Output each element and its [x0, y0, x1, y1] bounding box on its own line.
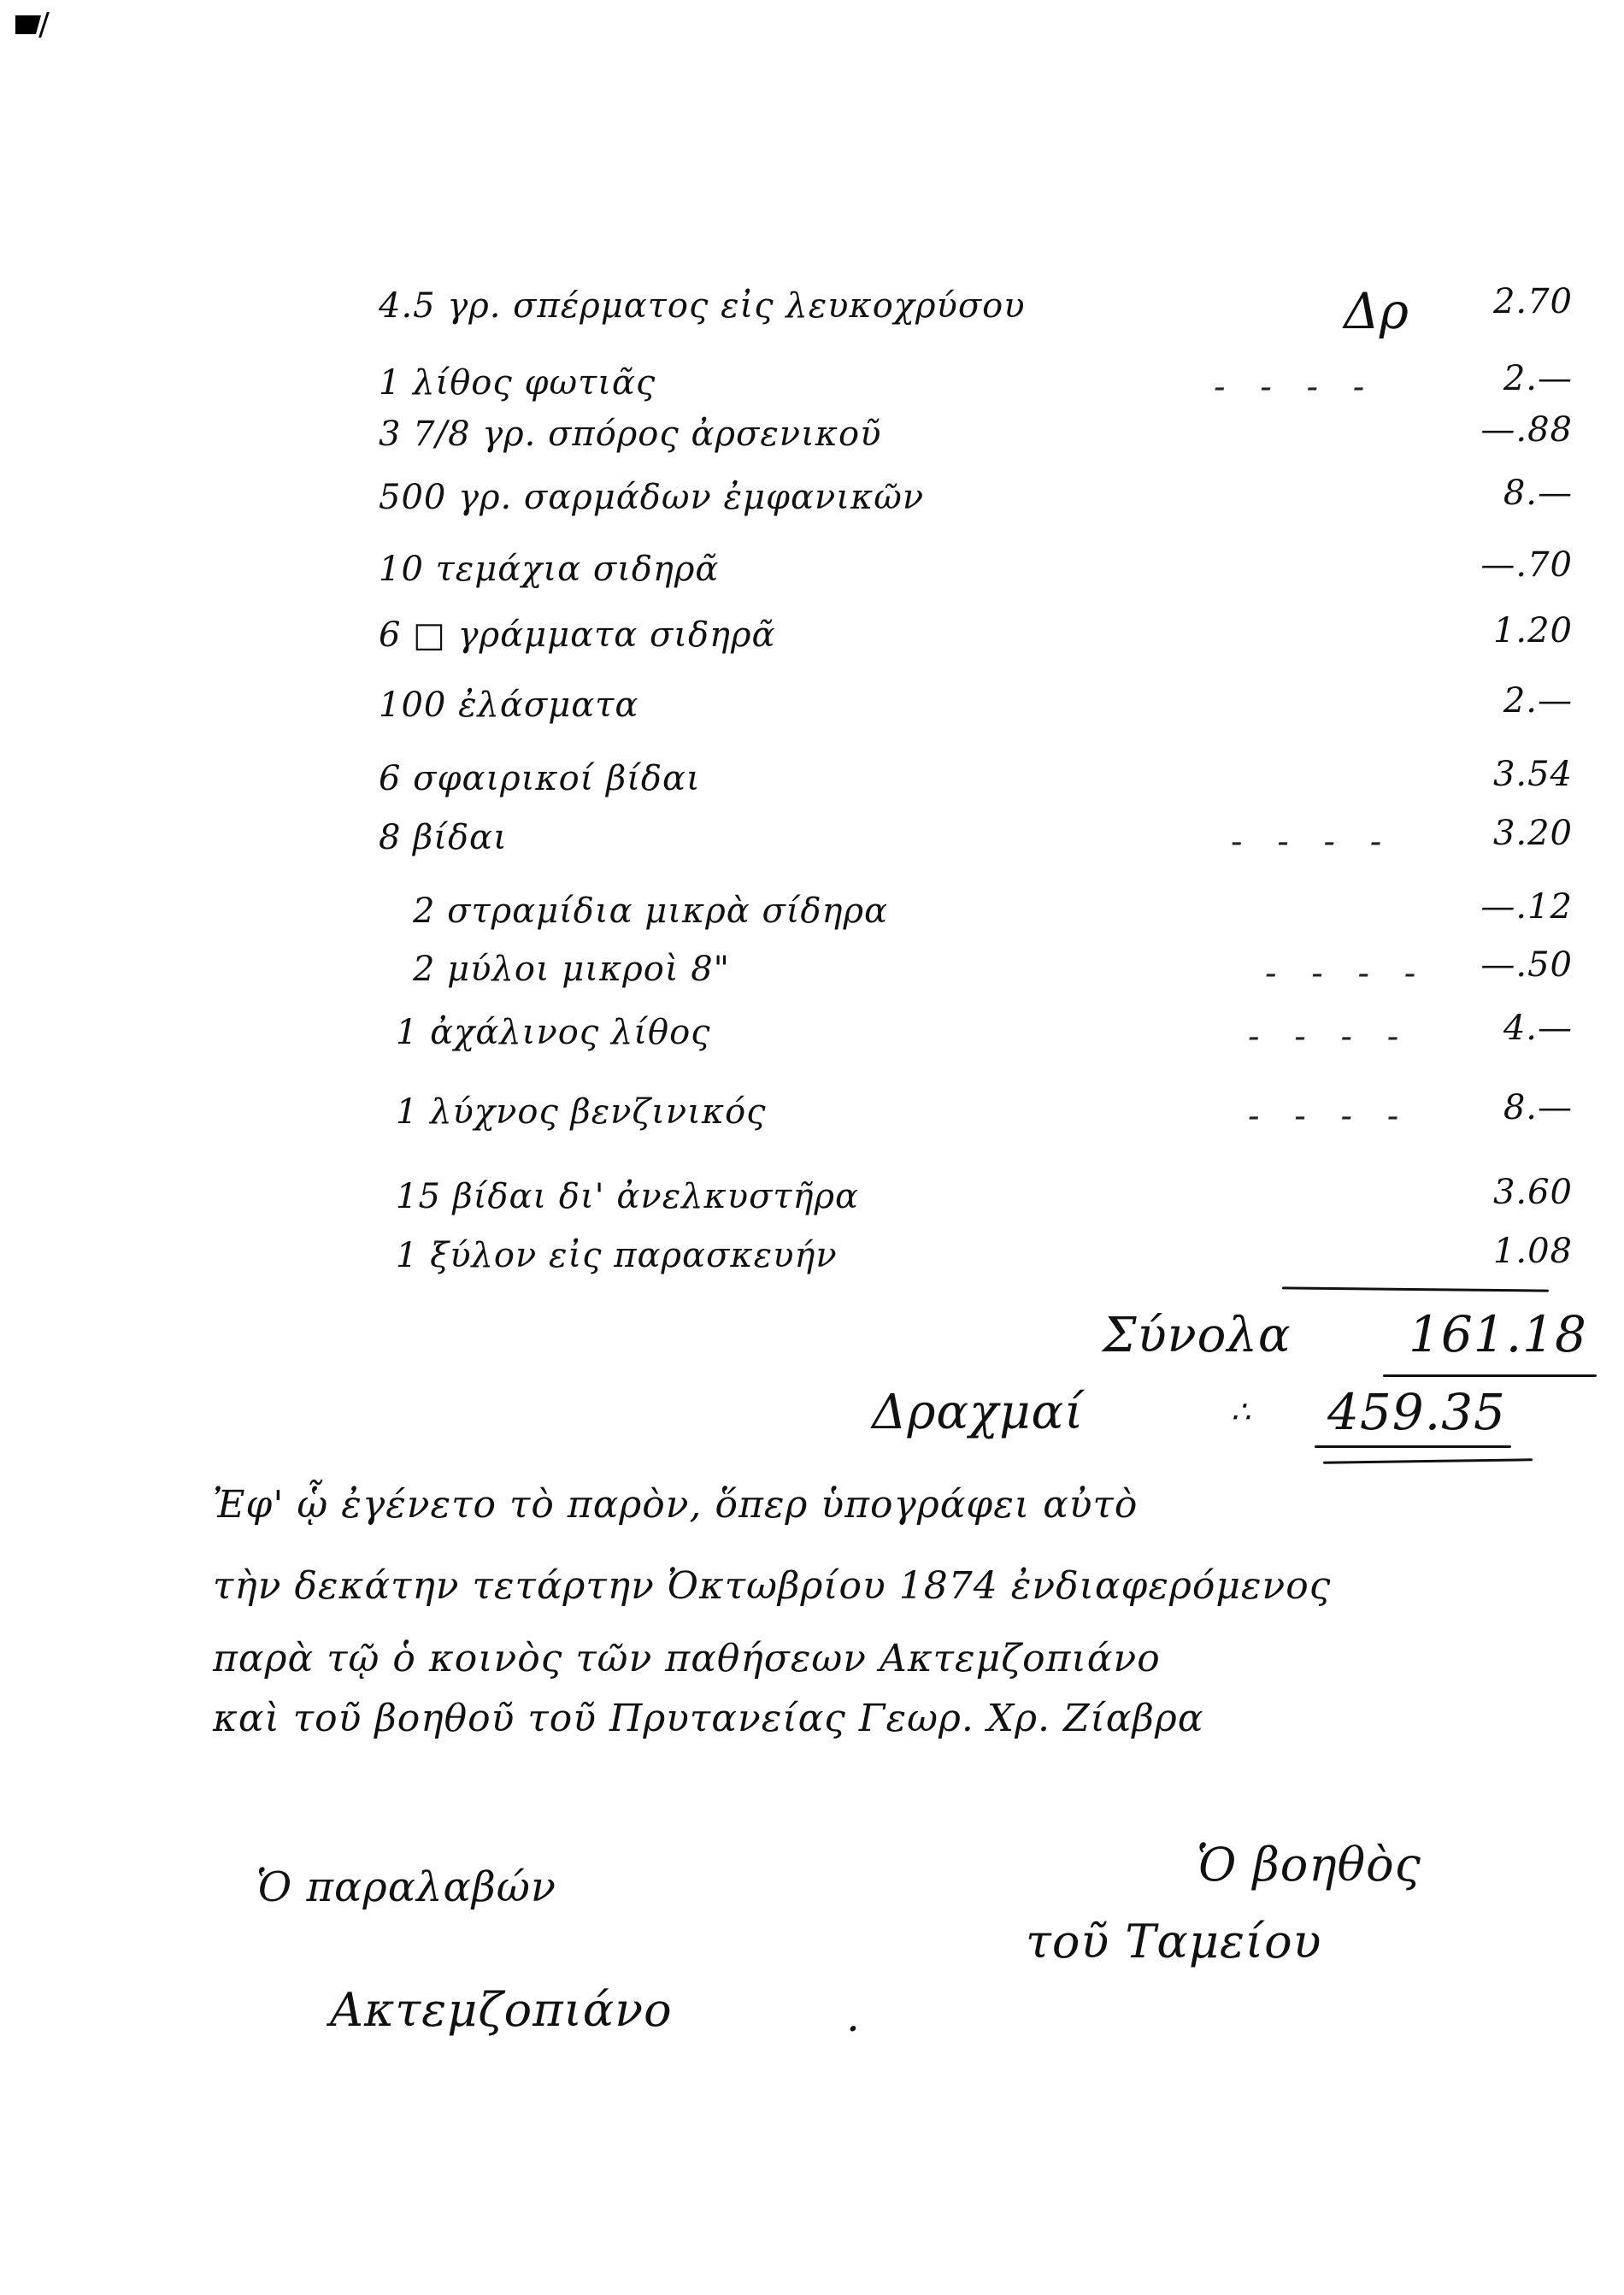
item-description: 500 γρ. σαρμάδων ἐμφανικῶν: [379, 478, 924, 517]
item-description: 6 □ γράμματα σιδηρᾶ: [379, 615, 776, 655]
assistant-signature: τοῦ Ταμείου: [1026, 1915, 1321, 1968]
item-description: 1 ξύλον εἰς παρασκευήν: [396, 1236, 838, 1275]
statement-line: καὶ τοῦ βοηθοῦ τοῦ Πρυτανείας Γεωρ. Χρ. …: [213, 1697, 1204, 1740]
statement-line: Ἐφ' ᾧ ἐγένετο τὸ παρὸν, ὅπερ ὑπογράφει α…: [213, 1483, 1138, 1527]
total-value: 459.35: [1327, 1383, 1506, 1441]
item-description: 8 βίδαι: [379, 818, 508, 857]
item-price: —.12: [1350, 887, 1573, 927]
total-underline-1: [1315, 1445, 1511, 1448]
item-price: 3.54: [1350, 755, 1573, 794]
dotted-leader: - - - -: [1214, 368, 1376, 407]
assistant-title: Ὁ βοηθὸς: [1197, 1838, 1421, 1892]
dotted-leader: - - - -: [1265, 954, 1427, 993]
item-description: 100 ἐλάσματα: [379, 686, 638, 725]
item-price: 3.60: [1350, 1173, 1573, 1212]
scan-corner-mark: [15, 15, 41, 34]
subtotal-value: 161.18: [1409, 1305, 1587, 1363]
subtotal-label: Σύνολα: [1103, 1308, 1292, 1363]
item-price: 1.08: [1350, 1232, 1573, 1271]
subtotal-underline: [1383, 1374, 1597, 1377]
item-description: 6 σφαιρικοί βίδαι: [379, 759, 701, 798]
item-description: 1 ἀχάλινος λίθος: [396, 1013, 711, 1052]
item-description: 2 μύλοι μικροὶ 8": [413, 950, 730, 989]
dotted-leader: - - - -: [1248, 1017, 1410, 1056]
receiver-title: Ὁ παραλαβών: [256, 1863, 556, 1911]
item-price: 2.—: [1350, 681, 1573, 721]
item-description: 1 λύχνος βενζινικός: [396, 1092, 767, 1132]
subtotal-rule: [1282, 1286, 1549, 1292]
receiver-signature: Ακτεμζοπιάνο: [330, 1983, 673, 2037]
item-price: —.88: [1350, 410, 1573, 450]
item-description: 15 βίδαι δι' ἀνελκυστῆρα: [396, 1177, 859, 1216]
item-price: 1.20: [1350, 611, 1573, 650]
statement-line: παρὰ τῷ ὁ κοινὸς τῶν παθήσεων Ακτεμζοπιά…: [213, 1637, 1161, 1680]
dotted-leader: - - - -: [1248, 1097, 1410, 1136]
item-description: 10 τεμάχια σιδηρᾶ: [379, 550, 719, 589]
item-description: 3 7/8 γρ. σπόρος ἀρσενικοῦ: [379, 415, 881, 454]
total-leader: ∴: [1231, 1395, 1251, 1430]
total-label: Δραχμαί: [872, 1385, 1084, 1440]
receiver-signature-period: .: [846, 1992, 861, 2041]
item-description: 1 λίθος φωτιᾶς: [379, 363, 656, 403]
item-price: 8.—: [1350, 474, 1573, 513]
item-price: 2.—: [1350, 359, 1573, 398]
item-description: 2 στραμίδια μικρὰ σίδηρα: [413, 892, 888, 931]
statement-line: τὴν δεκάτην τετάρτην Ὀκτωβρίου 1874 ἐνδι…: [213, 1564, 1331, 1608]
item-price: —.70: [1350, 545, 1573, 585]
item-description: 4.5 γρ. σπέρματος εἰς λευκοχρύσου: [379, 286, 1026, 326]
dotted-leader: - - - -: [1231, 822, 1393, 862]
total-underline-2: [1323, 1458, 1533, 1463]
item-price: 2.70: [1350, 282, 1573, 321]
